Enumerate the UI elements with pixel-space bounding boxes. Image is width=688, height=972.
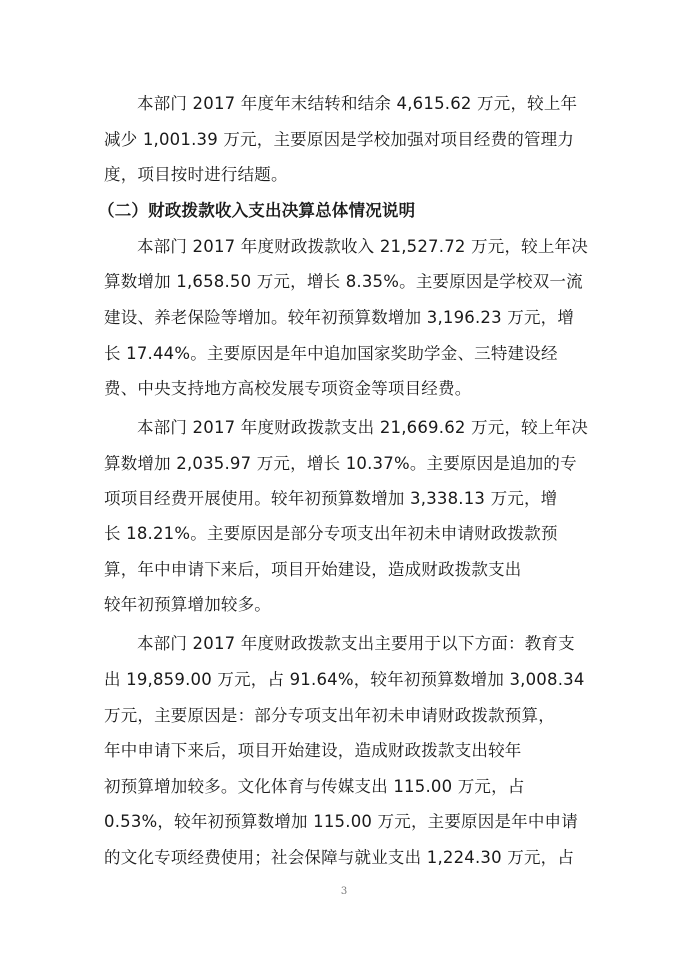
text-line: 的文化专项经费使用；社会保障与就业支出 1,224.30 万元，占 xyxy=(104,847,584,869)
text-line: 出 19,859.00 万元，占 91.64%，较年初预算数增加 3,008.3… xyxy=(104,669,584,691)
text-line: 较年初预算增加较多。 xyxy=(104,594,584,616)
text-line: 本部门 2017 年度财政拨款支出 21,669.62 万元，较上年决 xyxy=(137,417,617,439)
text-line: 项项目经费开展使用。较年初预算数增加 3,338.13 万元，增 xyxy=(104,488,584,510)
text-line: 建设、养老保险等增加。较年初预算数增加 3,196.23 万元，增 xyxy=(104,307,584,329)
document-page: 本部门 2017 年度年末结转和结余 4,615.62 万元，较上年减少 1,0… xyxy=(0,0,688,972)
text-line: 费、中央支持地方高校发展专项资金等项目经费。 xyxy=(104,378,584,400)
text-line: 万元，主要原因是：部分专项支出年初未申请财政拨款预算， xyxy=(104,705,584,727)
text-line: 算数增加 2,035.97 万元，增长 10.37%。主要原因是追加的专 xyxy=(104,453,584,475)
section-heading: （二）财政拨款收入支出决算总体情况说明 xyxy=(98,200,578,222)
text-line: 算数增加 1,658.50 万元，增长 8.35%。主要原因是学校双一流 xyxy=(104,271,584,293)
text-line: 初预算增加较多。文化体育与传媒支出 115.00 万元，占 xyxy=(104,776,584,798)
text-line: 0.53%，较年初预算数增加 115.00 万元，主要原因是年中申请 xyxy=(104,811,584,833)
text-line: 本部门 2017 年度财政拨款收入 21,527.72 万元，较上年决 xyxy=(137,236,617,258)
text-line: 度，项目按时进行结题。 xyxy=(104,164,584,186)
text-line: 长 18.21%。主要原因是部分专项支出年初未申请财政拨款预 xyxy=(104,523,584,545)
text-line: 本部门 2017 年度财政拨款支出主要用于以下方面：教育支 xyxy=(137,633,617,655)
text-line: 长 17.44%。主要原因是年中追加国家奖助学金、三特建设经 xyxy=(104,343,584,365)
text-line: 算，年中申请下来后，项目开始建设，造成财政拨款支出 xyxy=(104,559,584,581)
page-number: 3 xyxy=(0,886,688,897)
text-line: 年中申请下来后，项目开始建设，造成财政拨款支出较年 xyxy=(104,740,584,762)
text-line: 减少 1,001.39 万元，主要原因是学校加强对项目经费的管理力 xyxy=(104,129,584,151)
text-line: 本部门 2017 年度年末结转和结余 4,615.62 万元，较上年 xyxy=(137,93,617,115)
